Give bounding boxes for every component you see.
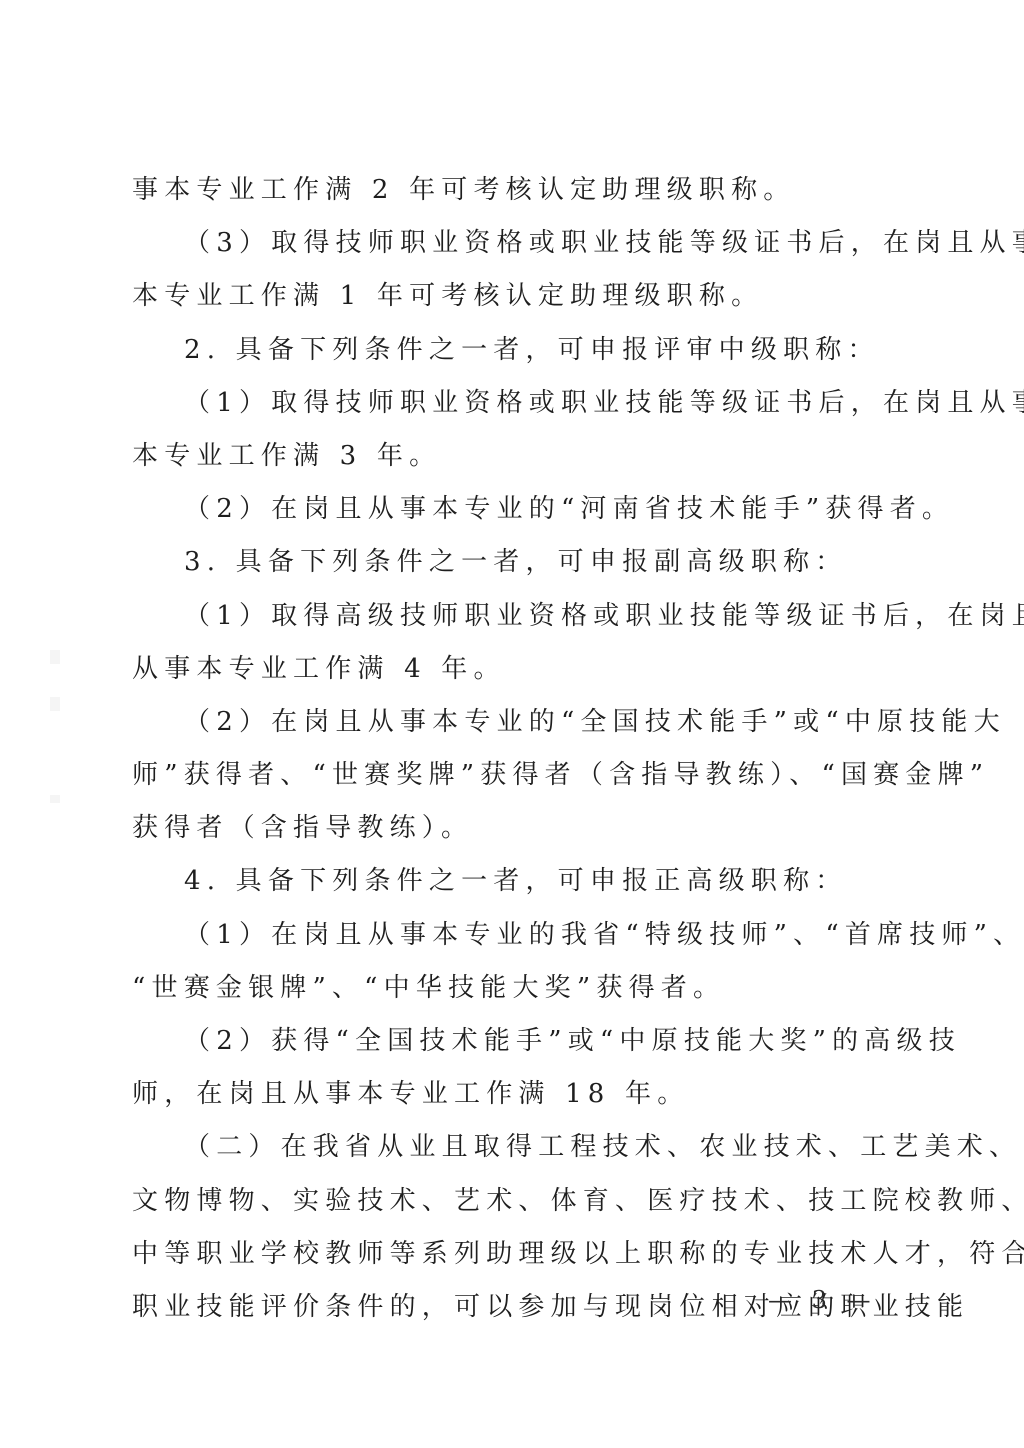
document-page: 事本专业工作满 2 年可考核认定助理级职称。 （3）取得技师职业资格或职业技能等… [0,0,1024,1448]
text-line: （1）取得高级技师职业资格或职业技能等级证书后，在岗且 [132,590,890,643]
text-line: （2）在岗且从事本专业的“河南省技术能手”获得者。 [132,483,890,536]
text-line: 本专业工作满 1 年可考核认定助理级职称。 [132,270,890,323]
text-line: 文物博物、实验技术、艺术、体育、医疗技术、技工院校教师、 [132,1175,890,1228]
text-line: “世赛金银牌”、“中华技能大奖”获得者。 [132,962,890,1015]
section-heading-senior: 4. 具备下列条件之一者，可申报正高级职称： [132,855,890,908]
text-line: （2）获得“全国技术能手”或“中原技能大奖”的高级技 [132,1015,890,1068]
page-number: — 3 — [768,1286,877,1314]
scan-artifact-mark [50,650,60,664]
text-line: 中等职业学校教师等系列助理级以上职称的专业技术人才，符合 [132,1228,890,1281]
text-line: 师，在岗且从事本专业工作满 18 年。 [132,1068,890,1121]
text-line: （3）取得技师职业资格或职业技能等级证书后，在岗且从事 [132,217,890,270]
section-heading-associate-senior: 3. 具备下列条件之一者，可申报副高级职称： [132,536,890,589]
text-line: 从事本专业工作满 4 年。 [132,643,890,696]
text-line: 本专业工作满 3 年。 [132,430,890,483]
scan-artifact-mark [50,795,60,803]
text-line: （2）在岗且从事本专业的“全国技术能手”或“中原技能大 [132,696,890,749]
scan-artifact-mark [50,697,60,711]
text-line: （1）在岗且从事本专业的我省“特级技师”、“首席技师”、 [132,909,890,962]
section-heading-two: （二）在我省从业且取得工程技术、农业技术、工艺美术、 [132,1121,890,1174]
text-line: 师”获得者、“世赛奖牌”获得者（含指导教练）、“国赛金牌” [132,749,890,802]
text-line: 获得者（含指导教练）。 [132,802,890,855]
document-body: 事本专业工作满 2 年可考核认定助理级职称。 （3）取得技师职业资格或职业技能等… [132,164,890,1334]
text-line: 事本专业工作满 2 年可考核认定助理级职称。 [132,164,890,217]
text-line: （1）取得技师职业资格或职业技能等级证书后，在岗且从事 [132,377,890,430]
section-heading-intermediate: 2. 具备下列条件之一者，可申报评审中级职称： [132,324,890,377]
